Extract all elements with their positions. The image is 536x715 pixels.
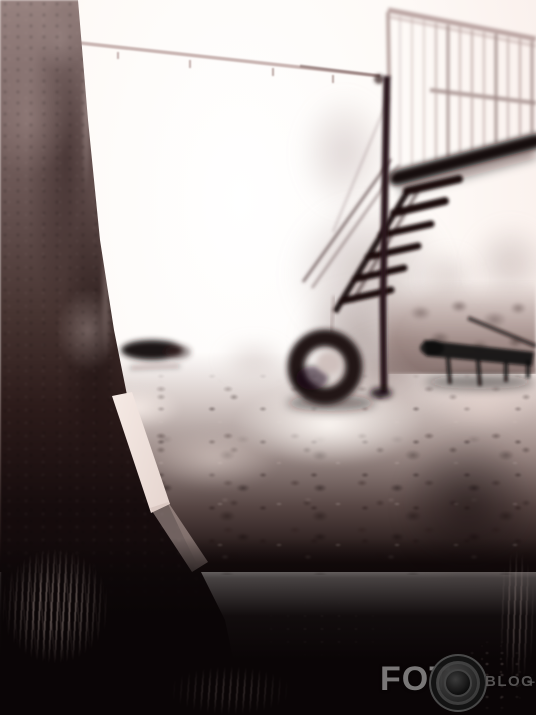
bench [420, 318, 536, 389]
grass-texture [0, 548, 110, 664]
tire-silhouette [121, 340, 191, 368]
swing-frame-bar [80, 43, 384, 84]
camera-lens-icon [429, 654, 487, 712]
grass-texture [168, 666, 292, 715]
camera-lens-inner-ring [444, 669, 472, 697]
tire-swing [287, 296, 375, 411]
platform-deck [396, 141, 536, 190]
playground-photo: FOT BLOG + [0, 0, 536, 715]
watermark-plus-glyph: + [527, 674, 535, 690]
watermark: FOT BLOG + [378, 648, 536, 714]
